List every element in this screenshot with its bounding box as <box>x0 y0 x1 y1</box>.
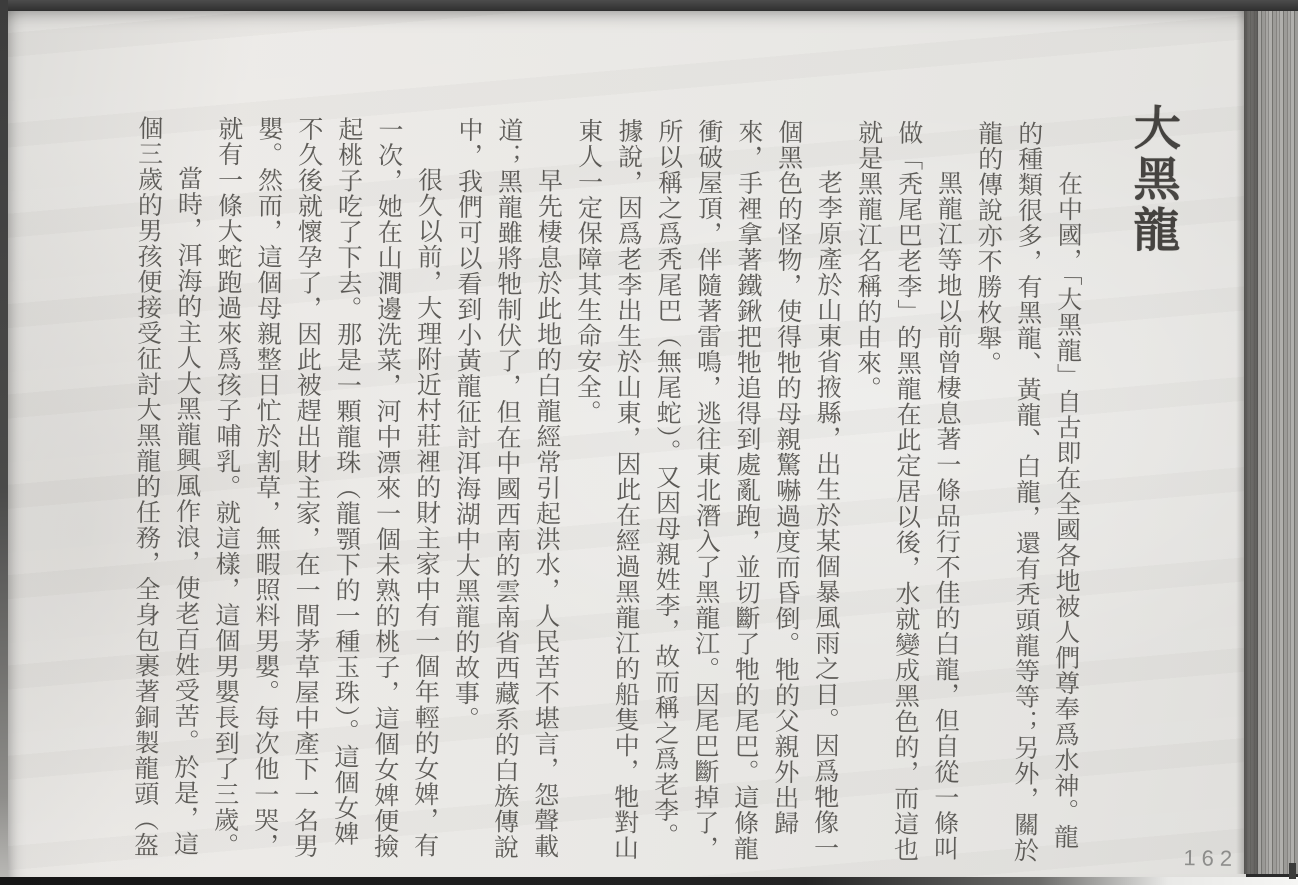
paragraph: 老李原產於山東省掖縣，出生於某個暴風雨之日。因爲牠像一個黑色的怪物，使得牠的母親… <box>563 118 848 870</box>
fore-edge-shadow <box>1236 10 1258 874</box>
paragraph: 黑龍江等地以前曾棲息著一條品行不佳的白龍，但自從一條叫做「秃尾巴老李」的黑龍在此… <box>843 119 968 870</box>
photo-edge-bottom <box>0 877 1298 885</box>
page-text-layer: 大黑龍 在中國，「大黑龍」自古即在全國各地被人們尊奉爲水神。龍的種類很多，有黑龍… <box>3 4 1246 879</box>
paragraph: 在中國，「大黑龍」自古即在全國各地被人們尊奉爲水神。龍的種類很多，有黑龍、黃龍、… <box>963 120 1088 871</box>
paragraph: 當時，洱海的主人大黑龍興風作浪，使老百姓受苦。於是，這個三歲的男孩便接受征討大黑… <box>123 115 208 865</box>
photo-corner-notch <box>1289 863 1296 879</box>
story-body-text: 在中國，「大黑龍」自古即在全國各地被人們尊奉爲水神。龍的種類很多，有黑龍、黃龍、… <box>101 115 1088 871</box>
photo-edge-top <box>0 0 1298 11</box>
paragraph: 早先棲息於此地的白龍經常引起洪水，人民苦不堪言，怨聲載道；黑龍雖將牠制伏了，但在… <box>443 117 568 868</box>
page-title: 大黑龍 <box>1119 103 1187 273</box>
scanned-photo-frame: 大黑龍 在中國，「大黑龍」自古即在全國各地被人們尊奉爲水神。龍的種類很多，有黑龍… <box>0 0 1298 885</box>
photo-edge-left <box>0 0 8 885</box>
paragraph: 很久以前，大理附近村莊裡的財主家中有一個年輕的女婢，有一次，她在山澗邊洗菜，河中… <box>203 116 448 867</box>
book-page: 大黑龍 在中國，「大黑龍」自古即在全國各地被人們尊奉爲水神。龍的種類很多，有黑龍… <box>8 11 1246 878</box>
page-number: 162 <box>1183 845 1238 872</box>
